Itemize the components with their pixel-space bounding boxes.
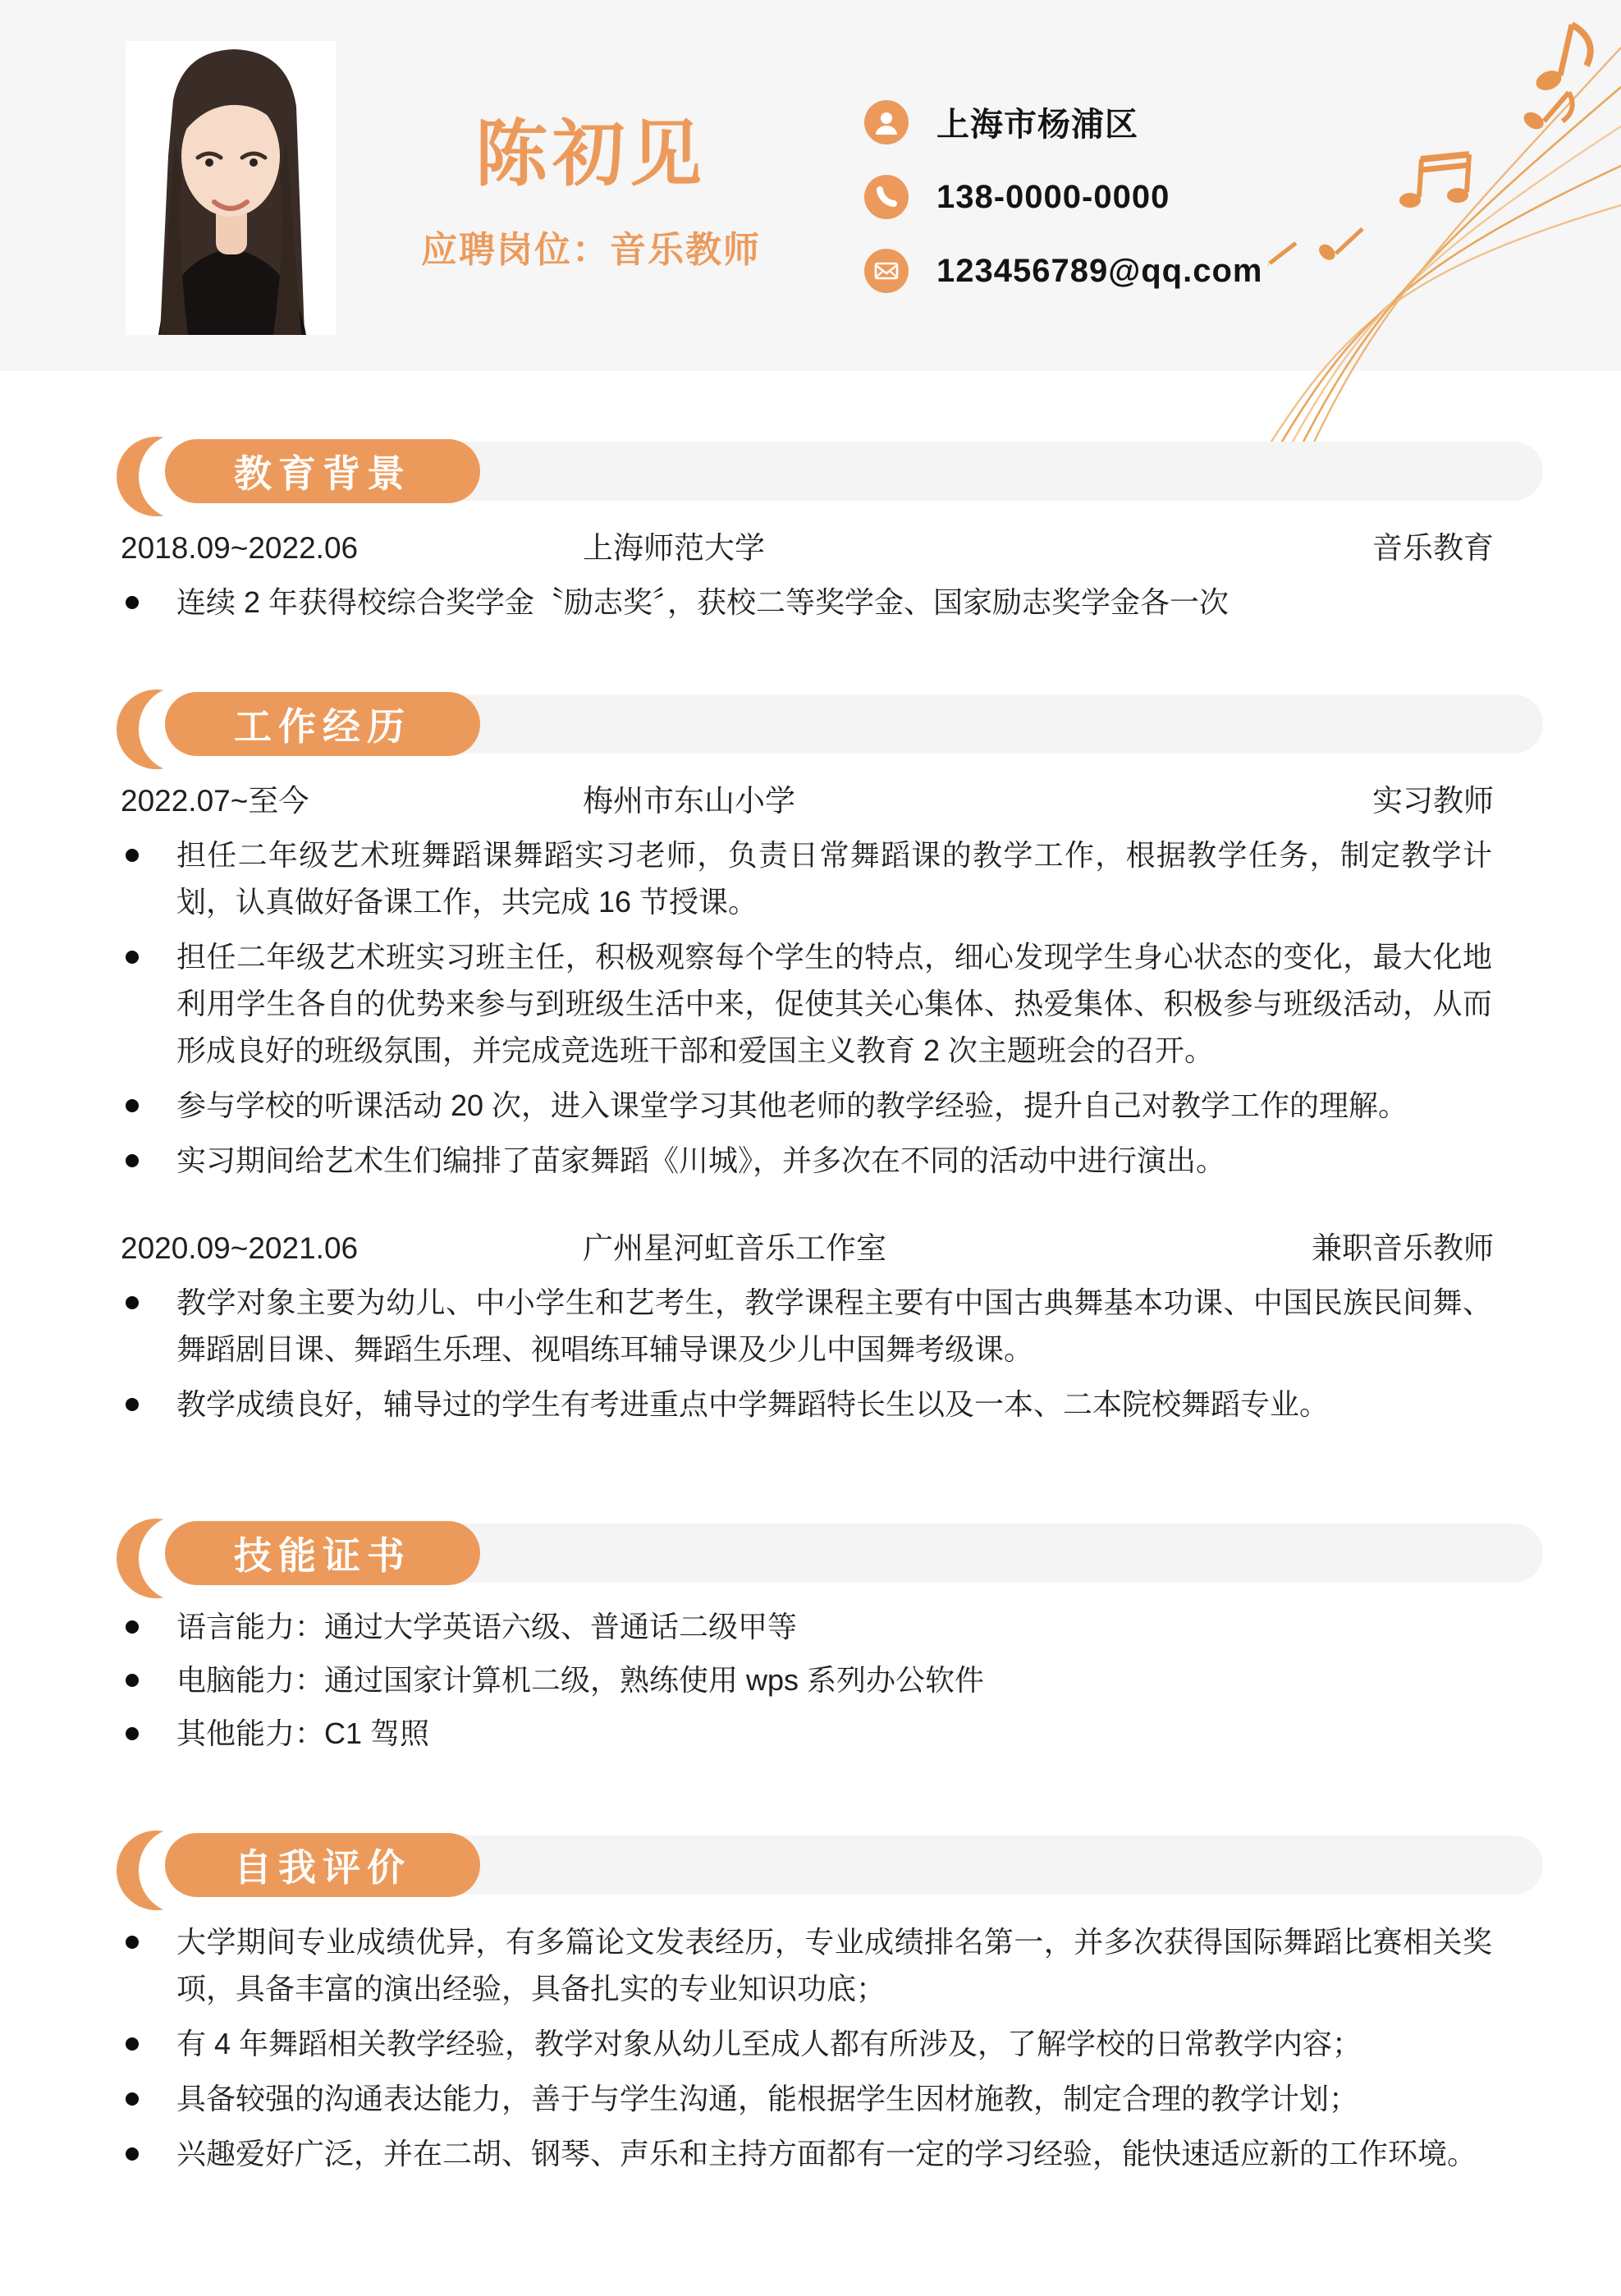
work-bullet-list-1: 担任二年级艺术班舞蹈课舞蹈实习老师，负责日常舞蹈课的教学工作，根据教学任务，制定…	[119, 832, 1543, 1184]
work-entry-row-2: 2020.09~2021.06 广州星河虹音乐工作室 兼职音乐教师	[119, 1230, 1543, 1267]
bullet-item: 担任二年级艺术班舞蹈课舞蹈实习老师，负责日常舞蹈课的教学工作，根据教学任务，制定…	[119, 832, 1543, 925]
work-entry-row-1: 2022.07~至今 梅州市东山小学 实习教师	[119, 782, 1543, 820]
bullet-item: 教学对象主要为幼儿、中小学生和艺考生，教学课程主要有中国古典舞基本功课、中国民族…	[119, 1279, 1543, 1373]
entry-role: 兼职音乐教师	[1312, 1230, 1494, 1267]
phone-text: 138-0000-0000	[936, 179, 1170, 216]
section-title-pill: 技能证书	[165, 1521, 480, 1585]
phone-icon	[864, 175, 909, 219]
section-work-experience: 工作经历 2022.07~至今 梅州市东山小学 实习教师 担任二年级艺术班舞蹈课…	[119, 692, 1543, 1428]
section-self-evaluation: 自我评价 大学期间专业成绩优异，有多篇论文发表经历，专业成绩排名第一，并多次获得…	[119, 1833, 1543, 2177]
section-header: 自我评价	[119, 1833, 1543, 1897]
section-header: 技能证书	[119, 1521, 1543, 1585]
candidate-name: 陈初见	[410, 97, 772, 200]
bullet-item: 语言能力：通过大学英语六级、普通话二级甲等	[119, 1603, 1543, 1650]
person-icon	[864, 100, 909, 144]
address-text: 上海市杨浦区	[936, 99, 1138, 145]
section-education: 教育背景 2018.09~2022.06 上海师范大学 音乐教育 连续 2 年获…	[119, 439, 1543, 626]
bullet-item: 大学期间专业成绩优异，有多篇论文发表经历，专业成绩排名第一，并多次获得国际舞蹈比…	[119, 1918, 1543, 2012]
section-title-pill: 自我评价	[165, 1833, 480, 1897]
education-entry-row: 2018.09~2022.06 上海师范大学 音乐教育	[119, 529, 1543, 567]
bullet-item: 担任二年级艺术班实习班主任，积极观察每个学生的特点，细心发现学生身心状态的变化，…	[119, 933, 1543, 1074]
section-title-pill: 教育背景	[165, 439, 480, 503]
contact-row-phone: 138-0000-0000	[864, 175, 1262, 219]
bullet-item: 具备较强的沟通表达能力，善于与学生沟通，能根据学生因材施教，制定合理的教学计划；	[119, 2075, 1543, 2122]
bullet-item: 教学成绩良好，辅导过的学生有考进重点中学舞蹈特长生以及一本、二本院校舞蹈专业。	[119, 1381, 1543, 1428]
profile-photo-illustration	[126, 41, 336, 335]
section-title-pill: 工作经历	[165, 692, 480, 756]
entry-role: 实习教师	[1372, 782, 1494, 820]
applied-position: 应聘岗位：音乐教师	[386, 220, 796, 273]
entry-period: 2020.09~2021.06	[121, 1230, 583, 1267]
section-header: 工作经历	[119, 692, 1543, 756]
self-evaluation-bullet-list: 大学期间专业成绩优异，有多篇论文发表经历，专业成绩排名第一，并多次获得国际舞蹈比…	[119, 1918, 1543, 2177]
email-text: 123456789@qq.com	[936, 253, 1262, 290]
bullet-item: 连续 2 年获得校综合奖学金〝励志奖〞，获校二等奖学金、国家励志奖学金各一次	[119, 579, 1543, 626]
entry-period: 2022.07~至今	[121, 782, 583, 820]
bullet-item: 其他能力：C1 驾照	[119, 1710, 1543, 1757]
entry-organization: 广州星河虹音乐工作室	[583, 1230, 1312, 1267]
contact-row-email: 123456789@qq.com	[864, 249, 1262, 293]
bullet-item: 兴趣爱好广泛，并在二胡、钢琴、声乐和主持方面都有一定的学习经验，能快速适应新的工…	[119, 2130, 1543, 2177]
bullet-item: 实习期间给艺术生们编排了苗家舞蹈《川城》，并多次在不同的活动中进行演出。	[119, 1137, 1543, 1184]
contact-row-address: 上海市杨浦区	[864, 99, 1262, 145]
header-band: 陈初见 应聘岗位：音乐教师 上海市杨浦区 138-0000-0000	[0, 0, 1621, 371]
profile-photo	[126, 41, 336, 335]
education-bullet-list: 连续 2 年获得校综合奖学金〝励志奖〞，获校二等奖学金、国家励志奖学金各一次	[119, 579, 1543, 626]
section-skills: 技能证书 语言能力：通过大学英语六级、普通话二级甲等 电脑能力：通过国家计算机二…	[119, 1521, 1543, 1757]
entry-organization: 上海师范大学	[583, 529, 1372, 567]
bullet-item: 有 4 年舞蹈相关教学经验，教学对象从幼儿至成人都有所涉及，了解学校的日常教学内…	[119, 2020, 1543, 2067]
work-bullet-list-2: 教学对象主要为幼儿、中小学生和艺考生，教学课程主要有中国古典舞基本功课、中国民族…	[119, 1279, 1543, 1428]
bullet-item: 参与学校的听课活动 20 次，进入课堂学习其他老师的教学经验，提升自己对教学工作…	[119, 1082, 1543, 1129]
contact-block: 上海市杨浦区 138-0000-0000 123456789@qq.com	[864, 99, 1262, 293]
entry-organization: 梅州市东山小学	[583, 782, 1372, 820]
bullet-item: 电脑能力：通过国家计算机二级，熟练使用 wps 系列办公软件	[119, 1657, 1543, 1703]
section-header: 教育背景	[119, 439, 1543, 503]
skills-bullet-list: 语言能力：通过大学英语六级、普通话二级甲等 电脑能力：通过国家计算机二级，熟练使…	[119, 1603, 1543, 1757]
email-icon	[864, 249, 909, 293]
entry-role: 音乐教育	[1372, 529, 1494, 567]
entry-period: 2018.09~2022.06	[121, 529, 583, 567]
